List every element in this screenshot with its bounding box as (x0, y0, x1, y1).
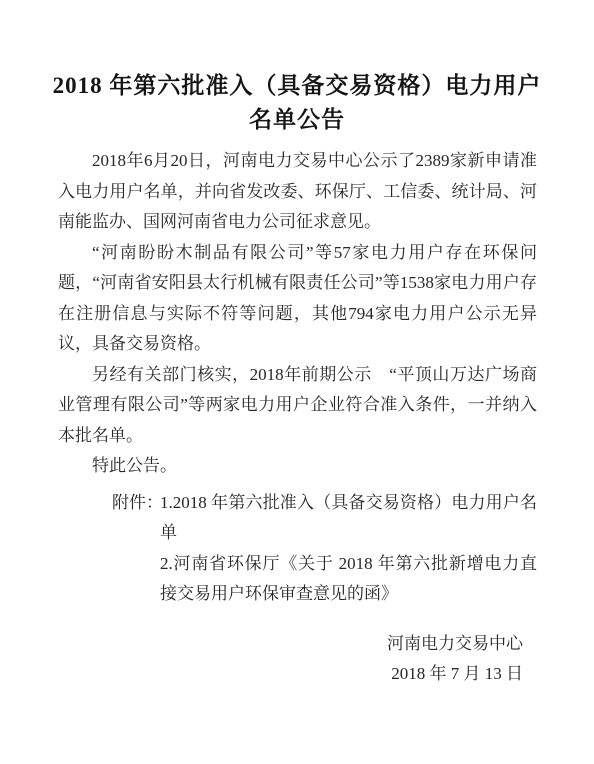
attachment-item-1: 1.2018 年第六批准入（具备交易资格）电力用户名单 (160, 488, 537, 549)
document-body: 2018年6月20日，河南电力交易中心公示了2389家新申请准入电力用户名单，并… (58, 146, 537, 482)
body-paragraph-closing: 特此公告。 (58, 451, 537, 482)
body-paragraph-intro: 2018年6月20日，河南电力交易中心公示了2389家新申请准入电力用户名单，并… (58, 146, 537, 238)
signature-block: 河南电力交易中心 2018 年 7 月 13 日 (0, 629, 523, 689)
attachment-item-2: 2.河南省环保厅《关于 2018 年第六批新增电力直接交易用户环保审查意见的函》 (160, 549, 537, 610)
signature-org: 河南电力交易中心 (0, 629, 523, 659)
attachments-block: 附件： 1.2018 年第六批准入（具备交易资格）电力用户名单 2.河南省环保厅… (112, 488, 537, 610)
document-title-line-2: 名单公告 (0, 103, 594, 137)
document-title: 2018 年第六批准入（具备交易资格）电力用户 名单公告 (0, 69, 594, 137)
attachments-label: 附件： (112, 488, 160, 610)
document-title-line-1: 2018 年第六批准入（具备交易资格）电力用户 (0, 69, 594, 103)
signature-date: 2018 年 7 月 13 日 (0, 659, 523, 689)
document-page: 2018 年第六批准入（具备交易资格）电力用户 名单公告 2018年6月20日，… (0, 0, 594, 764)
attachments-list: 1.2018 年第六批准入（具备交易资格）电力用户名单 2.河南省环保厅《关于 … (160, 488, 537, 610)
body-paragraph-review-results: “河南盼盼木制品有限公司”等57家电力用户存在环保问题，“河南省安阳县太行机械有… (58, 238, 537, 360)
body-paragraph-additional-users: 另经有关部门核实，2018年前期公示 “平顶山万达广场商业管理有限公司”等两家电… (58, 360, 537, 452)
